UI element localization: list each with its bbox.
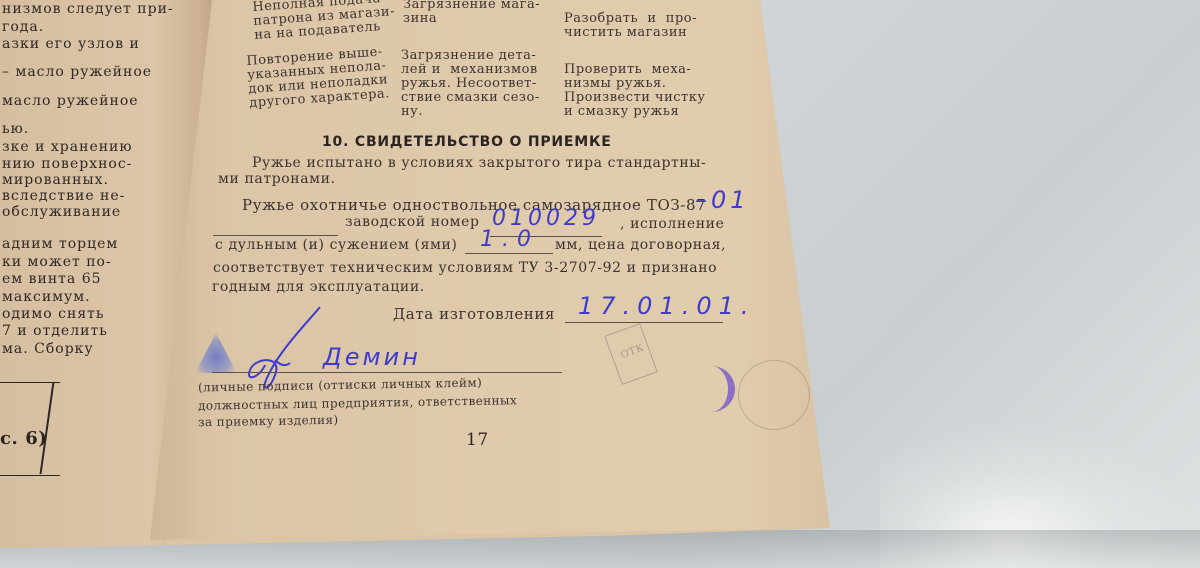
signature-caption-3: за приемку изделия)	[198, 413, 339, 429]
choke-underline	[465, 253, 553, 254]
table-cell-fault: Повторение выше- указанных непола- док и…	[246, 45, 390, 111]
section-heading: 10. СВИДЕТЕЛЬСТВО О ПРИЕМКЕ	[322, 134, 612, 150]
left-line: одимо снять	[2, 306, 105, 322]
date-handwritten: 17.01.01.	[578, 292, 756, 320]
page-number: 17	[466, 430, 489, 450]
fitness-line: годным для эксплуатации.	[212, 279, 425, 295]
left-line: масло ружейное	[2, 93, 139, 109]
signature-underline	[212, 372, 562, 373]
paragraph-tested: Ружье испытано в условиях закрытого тира…	[252, 155, 706, 171]
left-line: низмов следует при-	[2, 1, 174, 17]
table-cell-cause: Загрязнение дета- лей и механизмов ружья…	[401, 49, 540, 119]
left-line: мированных.	[2, 172, 109, 188]
left-line: обслуживание	[2, 204, 121, 220]
signature-handwritten: Демин	[323, 343, 421, 371]
paragraph-tested-cont: ми патронами.	[218, 171, 336, 187]
model-suffix-handwritten: –01	[695, 186, 750, 214]
gun-description: Ружье охотничье одноствольное самозарядн…	[242, 196, 706, 214]
left-line: ки может по-	[2, 254, 112, 270]
purple-stamp	[688, 366, 735, 412]
left-line: вследствие не-	[2, 188, 125, 204]
choke-handwritten: 1.0	[480, 227, 539, 252]
left-line: ью.	[2, 121, 29, 137]
table-cell-remedy: Проверить меха- низмы ружья. Произвести …	[564, 63, 706, 119]
left-line: зке и хранению	[2, 139, 133, 155]
figure-reference: с. 6)	[0, 428, 48, 449]
blank-line	[213, 235, 338, 236]
table-cell-cause: Загрязнение мага- зина	[403, 0, 540, 26]
choke-label: с дульным (и) сужением (ями)	[215, 237, 458, 253]
left-line: ма. Сборку	[2, 341, 94, 357]
conformity-line: соответствует техническим условиям ТУ 3-…	[213, 260, 717, 276]
left-line: – масло ружейное	[2, 64, 152, 80]
left-line: 7 и отделить	[2, 323, 108, 339]
table-cell-remedy: Разобрать и про- чистить магазин	[564, 12, 697, 40]
left-line: нию поверхнос-	[2, 156, 132, 172]
left-line: максимум.	[2, 289, 91, 305]
left-line: азки его узлов и	[2, 36, 140, 52]
date-underline	[565, 322, 723, 323]
otk-stamp-text: ОТК	[619, 342, 646, 361]
left-line: года.	[2, 19, 44, 35]
left-line: ем винта 65	[2, 271, 102, 287]
left-line: адним торцем	[2, 236, 118, 252]
choke-after: мм, цена договорная,	[555, 237, 726, 253]
faint-round-stamp	[738, 360, 810, 430]
serial-label: заводской номер	[345, 214, 480, 230]
serial-after: , исполнение	[620, 216, 725, 232]
